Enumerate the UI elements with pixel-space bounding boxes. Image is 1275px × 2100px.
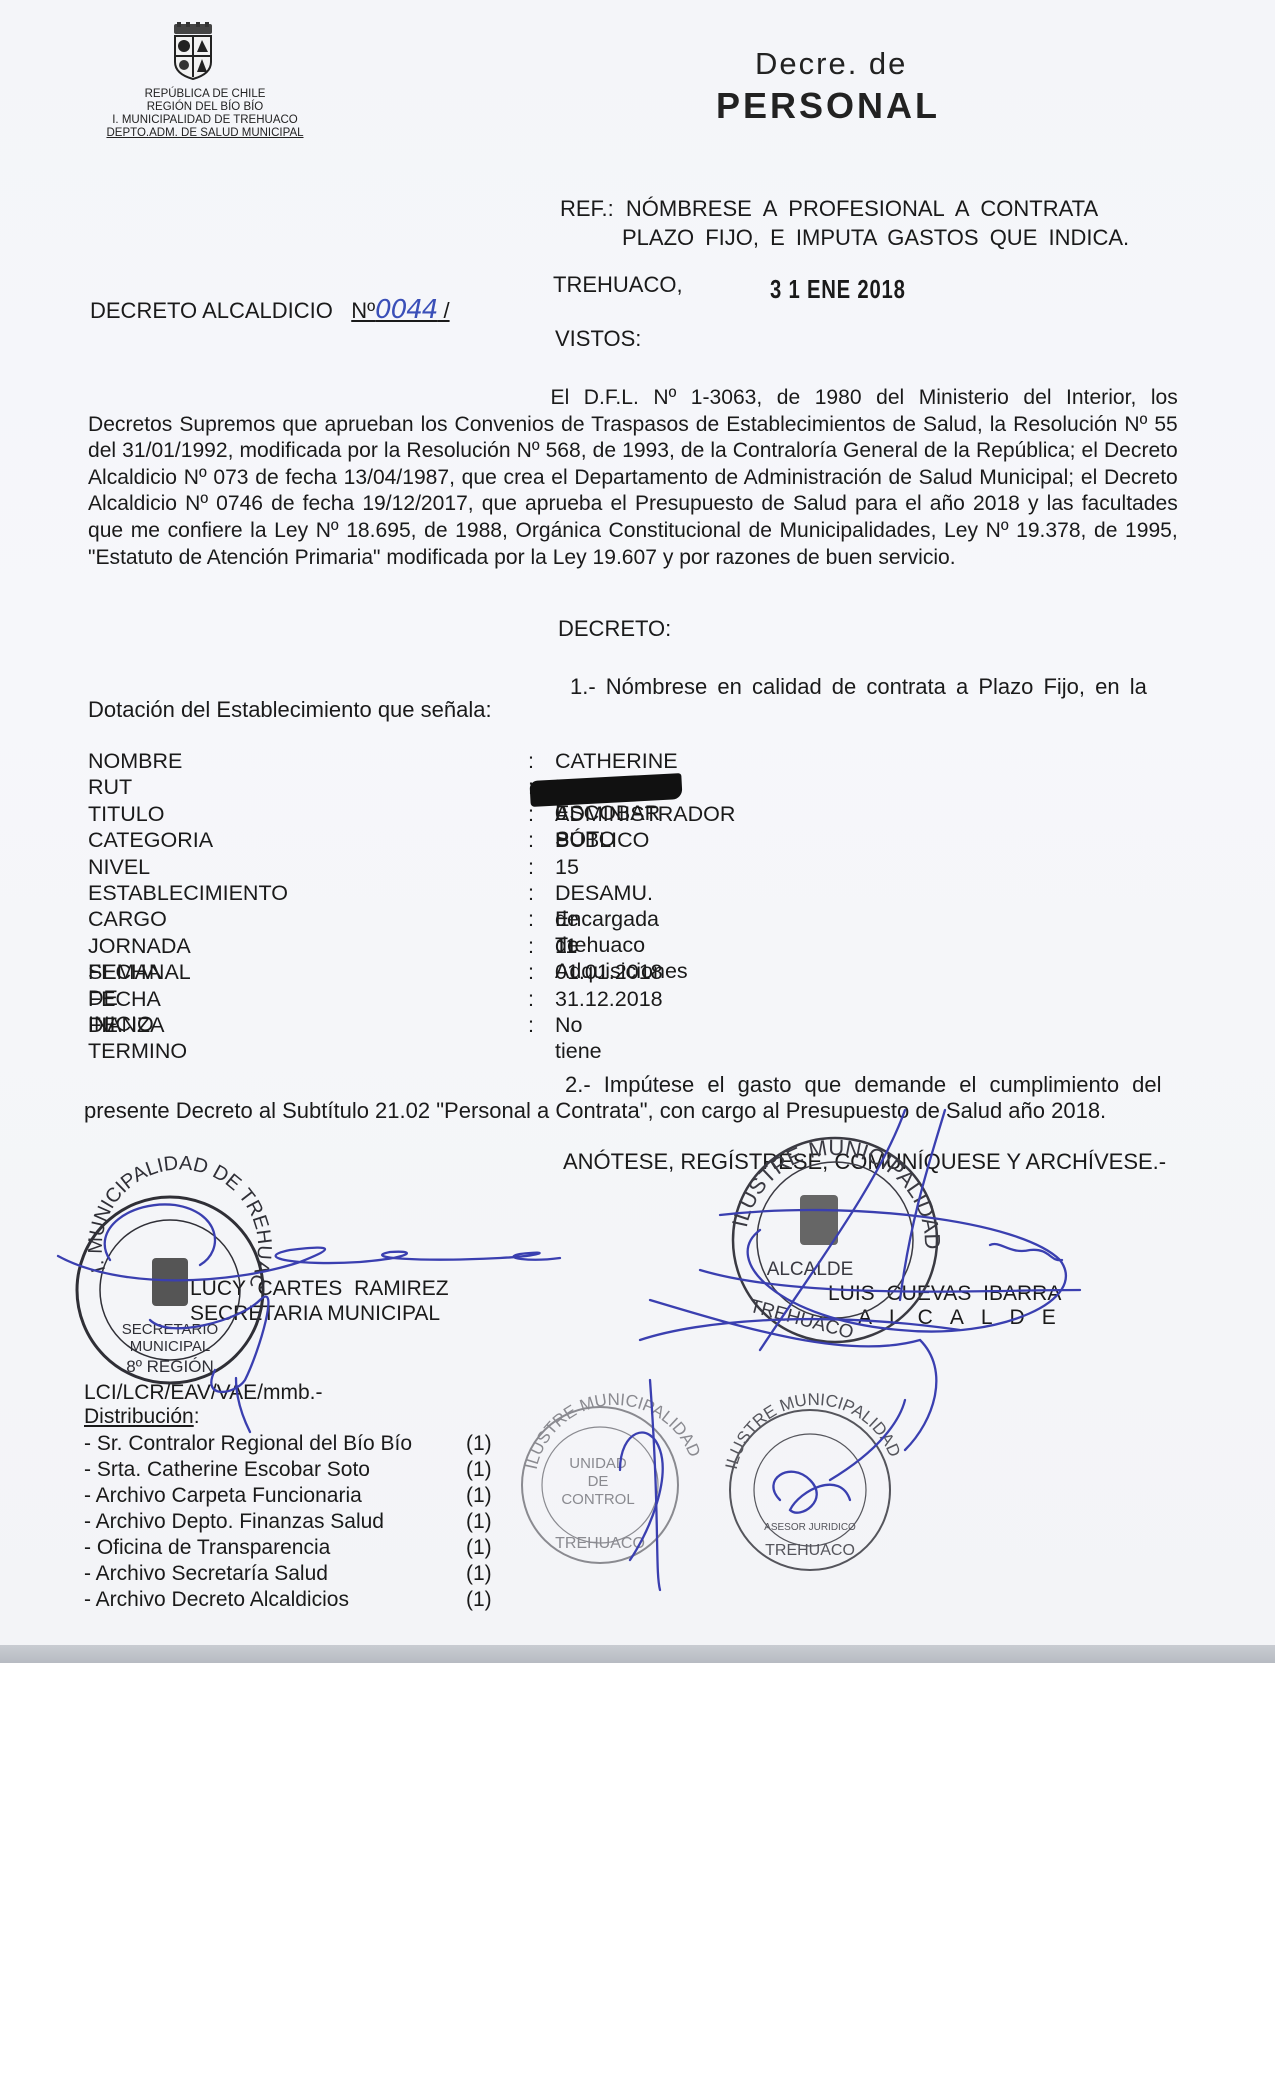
distribution-copies: (1) xyxy=(466,1509,492,1535)
letterhead-country: REPÚBLICA DE CHILE xyxy=(100,88,310,101)
vistos-header: VISTOS: xyxy=(555,326,641,352)
number-prefix: Nº xyxy=(351,298,375,323)
field-label: NIVEL xyxy=(88,854,150,880)
distribution-copies: (1) xyxy=(466,1457,492,1483)
field-separator: : xyxy=(528,959,534,985)
distribution-item: - Sr. Contralor Regional del Bío Bío(1) xyxy=(84,1431,412,1457)
distribution-header: Distribución: xyxy=(84,1405,200,1429)
field-value: 01.01.2018 xyxy=(555,959,663,985)
distribution-recipient: - Archivo Decreto Alcaldicios xyxy=(84,1588,349,1611)
article2-line1: 2.- Impútese el gasto que demande el cum… xyxy=(565,1072,1162,1098)
field-separator: : xyxy=(528,906,534,932)
field-value: 15 xyxy=(555,854,579,880)
distribution-item: - Srta. Catherine Escobar Soto(1) xyxy=(84,1457,412,1483)
distribution-item: - Archivo Secretaría Salud(1) xyxy=(84,1561,412,1587)
reference-line1: REF.: NÓMBRESE A PROFESIONAL A CONTRATA xyxy=(560,196,1098,222)
field-value: 31.12.2018 xyxy=(555,986,663,1012)
field-separator: : xyxy=(528,748,534,774)
distribution-item: - Archivo Carpeta Funcionaria(1) xyxy=(84,1483,412,1509)
field-label: TITULO xyxy=(88,801,164,827)
field-separator: : xyxy=(528,827,534,853)
letterhead-municipality: I. MUNICIPALIDAD DE TREHUACO xyxy=(100,114,310,127)
date-stamp: 3 1 ENE 2018 xyxy=(770,274,906,305)
distribution-list: - Sr. Contralor Regional del Bío Bío(1)-… xyxy=(84,1431,412,1613)
field-label: CATEGORIA xyxy=(88,827,213,853)
field-separator: : xyxy=(528,854,534,880)
municipal-crest-icon xyxy=(166,22,220,80)
distribution-header-suffix: : xyxy=(194,1405,200,1429)
secretary-title: SECRETARIA MUNICIPAL xyxy=(190,1302,440,1326)
distribution-copies: (1) xyxy=(466,1431,492,1457)
place: TREHUACO, xyxy=(553,272,683,298)
field-value: 11 xyxy=(555,933,577,959)
letterhead: REPÚBLICA DE CHILE REGIÓN DEL BÍO BÍO I.… xyxy=(100,88,310,140)
secretary-name: LUCY CARTES RAMIREZ xyxy=(190,1277,449,1301)
field-label: ESTABLECIMIENTO xyxy=(88,880,288,906)
distribution-item: - Oficina de Transparencia(1) xyxy=(84,1535,412,1561)
letterhead-department: DEPTO.ADM. DE SALUD MUNICIPAL xyxy=(100,127,310,140)
field-label: RUT xyxy=(88,774,132,800)
field-label: NOMBRE xyxy=(88,748,182,774)
mayor-name: LUIS CUEVAS IBARRA xyxy=(828,1282,1061,1306)
reference-line2: PLAZO FIJO, E IMPUTA GASTOS QUE INDICA. xyxy=(622,225,1129,251)
field-label: FIANZA xyxy=(88,1012,164,1038)
decree-label: DECRETO ALCALDICIO xyxy=(90,298,333,323)
handwritten-number: 0044 xyxy=(375,295,437,325)
field-value: ADMINISTRADOR PÚBLICO xyxy=(555,801,735,853)
distribution-recipient: - Sr. Contralor Regional del Bío Bío xyxy=(84,1432,412,1455)
distribution-copies: (1) xyxy=(466,1535,492,1561)
distribution-recipient: - Archivo Carpeta Funcionaria xyxy=(84,1484,362,1507)
letterhead-region: REGIÓN DEL BÍO BÍO xyxy=(100,101,310,114)
distribution-copies: (1) xyxy=(466,1587,492,1613)
article1-line1: 1.- Nómbrese en calidad de contrata a Pl… xyxy=(570,674,1147,700)
distribution-copies: (1) xyxy=(466,1483,492,1509)
distribution-recipient: - Archivo Secretaría Salud xyxy=(84,1562,328,1585)
field-value: No tiene xyxy=(555,1012,602,1064)
mayor-title: ALCALDE xyxy=(858,1306,1073,1330)
field-separator: : xyxy=(528,880,534,906)
field-separator: : xyxy=(528,933,534,959)
article2-line2: presente Decreto al Subtítulo 21.02 "Per… xyxy=(84,1098,1106,1124)
field-value: B xyxy=(555,827,569,853)
stamp-header-line1: Decre. de xyxy=(755,46,907,82)
field-label: CARGO xyxy=(88,906,167,932)
distribution-recipient: - Oficina de Transparencia xyxy=(84,1536,330,1559)
distribution-recipient: - Archivo Depto. Finanzas Salud xyxy=(84,1510,384,1533)
initials: LCI/LCR/EAV/VAE/mmb.- xyxy=(84,1381,322,1405)
distribution-header-text: Distribución xyxy=(84,1405,194,1428)
vistos-body: El D.F.L. Nº 1-3063, de 1980 del Ministe… xyxy=(88,384,1178,570)
number-suffix: / xyxy=(437,298,449,323)
distribution-copies: (1) xyxy=(466,1561,492,1587)
scan-edge xyxy=(0,1645,1275,1663)
stamp-header-line2: PERSONAL xyxy=(716,85,940,127)
decreto-header: DECRETO: xyxy=(558,616,671,642)
article1-line2: Dotación del Establecimiento que señala: xyxy=(88,697,492,723)
decree-number: DECRETO ALCALDICIO Nº0044 / xyxy=(90,297,450,324)
distribution-item: - Archivo Depto. Finanzas Salud(1) xyxy=(84,1509,412,1535)
field-separator: : xyxy=(528,1012,534,1038)
distribution-item: - Archivo Decreto Alcaldicios(1) xyxy=(84,1587,412,1613)
field-separator: : xyxy=(528,986,534,1012)
closing-formula: ANÓTESE, REGÍSTRESE, COMUNÍQUESE Y ARCHÍ… xyxy=(563,1149,1166,1175)
decree-number-value: Nº0044 / xyxy=(351,298,449,323)
distribution-recipient: - Srta. Catherine Escobar Soto xyxy=(84,1458,370,1481)
